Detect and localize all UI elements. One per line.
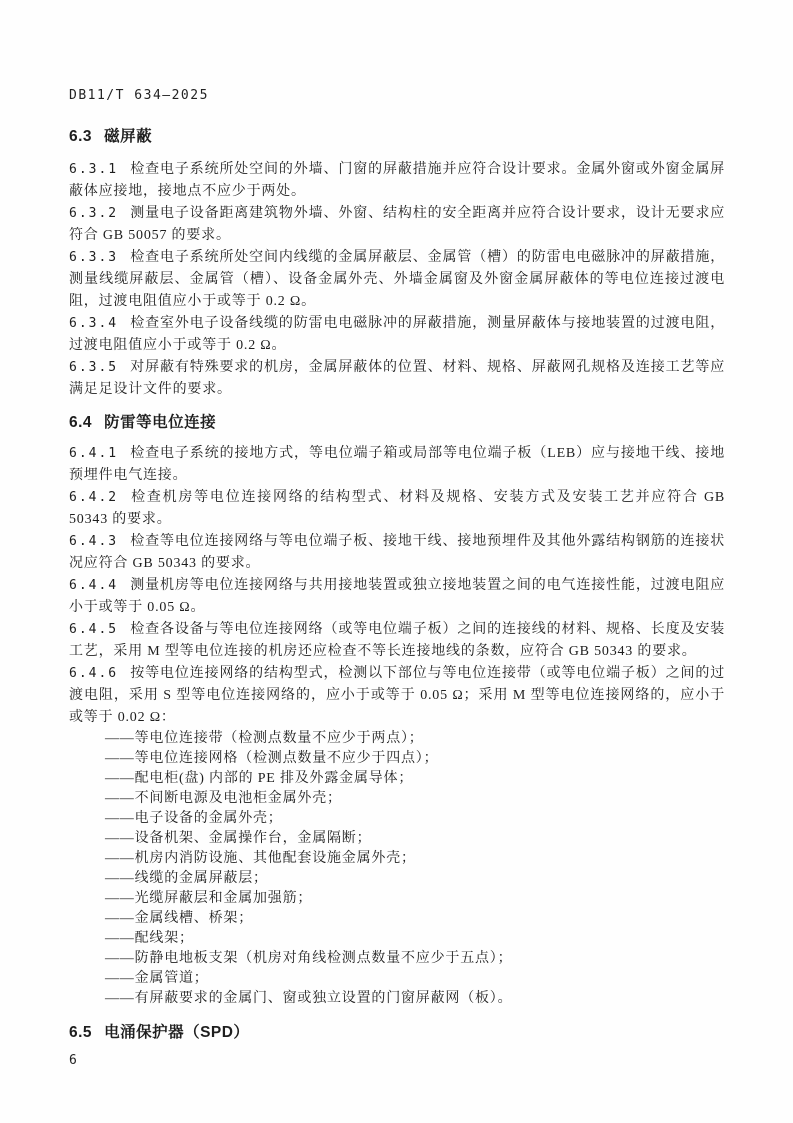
clause-6-4-2: 6.4.2检查机房等电位连接网络的结构型式、材料及规格、安装方式及安装工艺并应符…	[69, 487, 725, 531]
clause-6-3-4: 6.3.4检查室外电子设备线缆的防雷电电磁脉冲的屏蔽措施，测量屏蔽体与接地装置的…	[69, 313, 725, 357]
dash-list-item: ——防静电地板支架（机房对角线检测点数量不应少于五点）；	[69, 949, 725, 969]
clause-number: 6.3.3	[69, 250, 118, 265]
dash-list-item: ——光缆屏蔽层和金属加强筋；	[69, 889, 725, 909]
dash-list-item: ——等电位连接带（检测点数量不应少于两点）；	[69, 729, 725, 749]
clause-number: 6.3.2	[69, 206, 118, 221]
section-number: 6.4	[69, 414, 92, 431]
clause-number: 6.4.5	[69, 622, 118, 637]
clause-text: 按等电位连接网络的结构型式，检测以下部位与等电位连接带（或等电位端子板）之间的过…	[69, 666, 725, 725]
section-heading-6-5: 6.5电涌保护器（SPD）	[69, 1023, 725, 1043]
dash-list-item: ——线缆的金属屏蔽层；	[69, 869, 725, 889]
clause-6-3-5: 6.3.5对屏蔽有特殊要求的机房，金属屏蔽体的位置、材料、规格、屏蔽网孔规格及连…	[69, 357, 725, 401]
clause-number: 6.4.1	[69, 446, 118, 461]
clause-text: 检查电子系统所处空间内线缆的金属屏蔽层、金属管（槽）的防雷电电磁脉冲的屏蔽措施，…	[69, 250, 725, 309]
clause-6-3-3: 6.3.3检查电子系统所处空间内线缆的金属屏蔽层、金属管（槽）的防雷电电磁脉冲的…	[69, 247, 725, 313]
clause-6-4-4: 6.4.4测量机房等电位连接网络与共用接地装置或独立接地装置之间的电气连接性能，…	[69, 575, 725, 619]
clause-number: 6.4.2	[69, 490, 118, 505]
dash-list-item: ——金属线槽、桥架；	[69, 909, 725, 929]
clause-number: 6.4.3	[69, 534, 118, 549]
dash-list-item: ——金属管道；	[69, 969, 725, 989]
section-heading-6-3: 6.3磁屏蔽	[69, 127, 725, 147]
clauses-6-3: 6.3.1检查电子系统所处空间的外墙、门窗的屏蔽措施并应符合设计要求。金属外窗或…	[69, 159, 725, 401]
clause-number: 6.4.6	[69, 666, 118, 681]
section-number: 6.5	[69, 1024, 92, 1041]
clause-6-3-1: 6.3.1检查电子系统所处空间的外墙、门窗的屏蔽措施并应符合设计要求。金属外窗或…	[69, 159, 725, 203]
clause-6-3-2: 6.3.2测量电子设备距离建筑物外墙、外窗、结构柱的安全距离并应符合设计要求，设…	[69, 203, 725, 247]
page-content: DB11/T 634—2025 6.3磁屏蔽 6.3.1检查电子系统所处空间的外…	[0, 0, 793, 1068]
clause-text: 检查室外电子设备线缆的防雷电电磁脉冲的屏蔽措施，测量屏蔽体与接地装置的过渡电阻，…	[69, 316, 725, 353]
document-page: DB11/T 634—2025 6.3磁屏蔽 6.3.1检查电子系统所处空间的外…	[0, 0, 793, 1123]
section-number: 6.3	[69, 128, 92, 145]
dash-list-item: ——配线架；	[69, 929, 725, 949]
dash-list-item: ——有屏蔽要求的金属门、窗或独立设置的门窗屏蔽网（板）。	[69, 989, 725, 1009]
page-number: 6	[69, 1053, 725, 1068]
clause-6-4-1: 6.4.1检查电子系统的接地方式，等电位端子箱或局部等电位端子板（LEB）应与接…	[69, 443, 725, 487]
clause-number: 6.3.1	[69, 162, 118, 177]
clause-number: 6.4.4	[69, 578, 118, 593]
section-title: 磁屏蔽	[104, 128, 152, 145]
dash-list-item: ——等电位连接网格（检测点数量不应少于四点）；	[69, 749, 725, 769]
dash-list-item: ——电子设备的金属外壳；	[69, 809, 725, 829]
clause-text: 测量电子设备距离建筑物外墙、外窗、结构柱的安全距离并应符合设计要求，设计无要求应…	[69, 206, 725, 243]
dash-list-item: ——不间断电源及电池柜金属外壳；	[69, 789, 725, 809]
clause-number: 6.3.4	[69, 316, 118, 331]
dash-list-item: ——机房内消防设施、其他配套设施金属外壳；	[69, 849, 725, 869]
clause-number: 6.3.5	[69, 360, 118, 375]
section-title: 防雷等电位连接	[104, 414, 216, 431]
clauses-6-4: 6.4.1检查电子系统的接地方式，等电位端子箱或局部等电位端子板（LEB）应与接…	[69, 443, 725, 729]
clause-text: 检查各设备与等电位连接网络（或等电位端子板）之间的连接线的材料、规格、长度及安装…	[69, 622, 725, 659]
dash-list-6-4-6: ——等电位连接带（检测点数量不应少于两点）； ——等电位连接网格（检测点数量不应…	[69, 729, 725, 1009]
section-title: 电涌保护器（SPD）	[104, 1024, 249, 1041]
clause-text: 测量机房等电位连接网络与共用接地装置或独立接地装置之间的电气连接性能，过渡电阻应…	[69, 578, 725, 615]
dash-list-item: ——配电柜(盘) 内部的 PE 排及外露金属导体；	[69, 769, 725, 789]
dash-list-item: ——设备机架、金属操作台，金属隔断；	[69, 829, 725, 849]
clause-6-4-6: 6.4.6按等电位连接网络的结构型式，检测以下部位与等电位连接带（或等电位端子板…	[69, 663, 725, 729]
clause-text: 对屏蔽有特殊要求的机房，金属屏蔽体的位置、材料、规格、屏蔽网孔规格及连接工艺等应…	[69, 360, 725, 397]
clause-text: 检查电子系统的接地方式，等电位端子箱或局部等电位端子板（LEB）应与接地干线、接…	[69, 446, 725, 483]
section-heading-6-4: 6.4防雷等电位连接	[69, 413, 725, 433]
document-header: DB11/T 634—2025	[69, 88, 725, 103]
clause-6-4-5: 6.4.5检查各设备与等电位连接网络（或等电位端子板）之间的连接线的材料、规格、…	[69, 619, 725, 663]
clause-text: 检查等电位连接网络与等电位端子板、接地干线、接地预埋件及其他外露结构钢筋的连接状…	[69, 534, 725, 571]
clause-6-4-3: 6.4.3检查等电位连接网络与等电位端子板、接地干线、接地预埋件及其他外露结构钢…	[69, 531, 725, 575]
clause-text: 检查机房等电位连接网络的结构型式、材料及规格、安装方式及安装工艺并应符合 GB …	[69, 490, 725, 527]
clause-text: 检查电子系统所处空间的外墙、门窗的屏蔽措施并应符合设计要求。金属外窗或外窗金属屏…	[69, 162, 725, 199]
